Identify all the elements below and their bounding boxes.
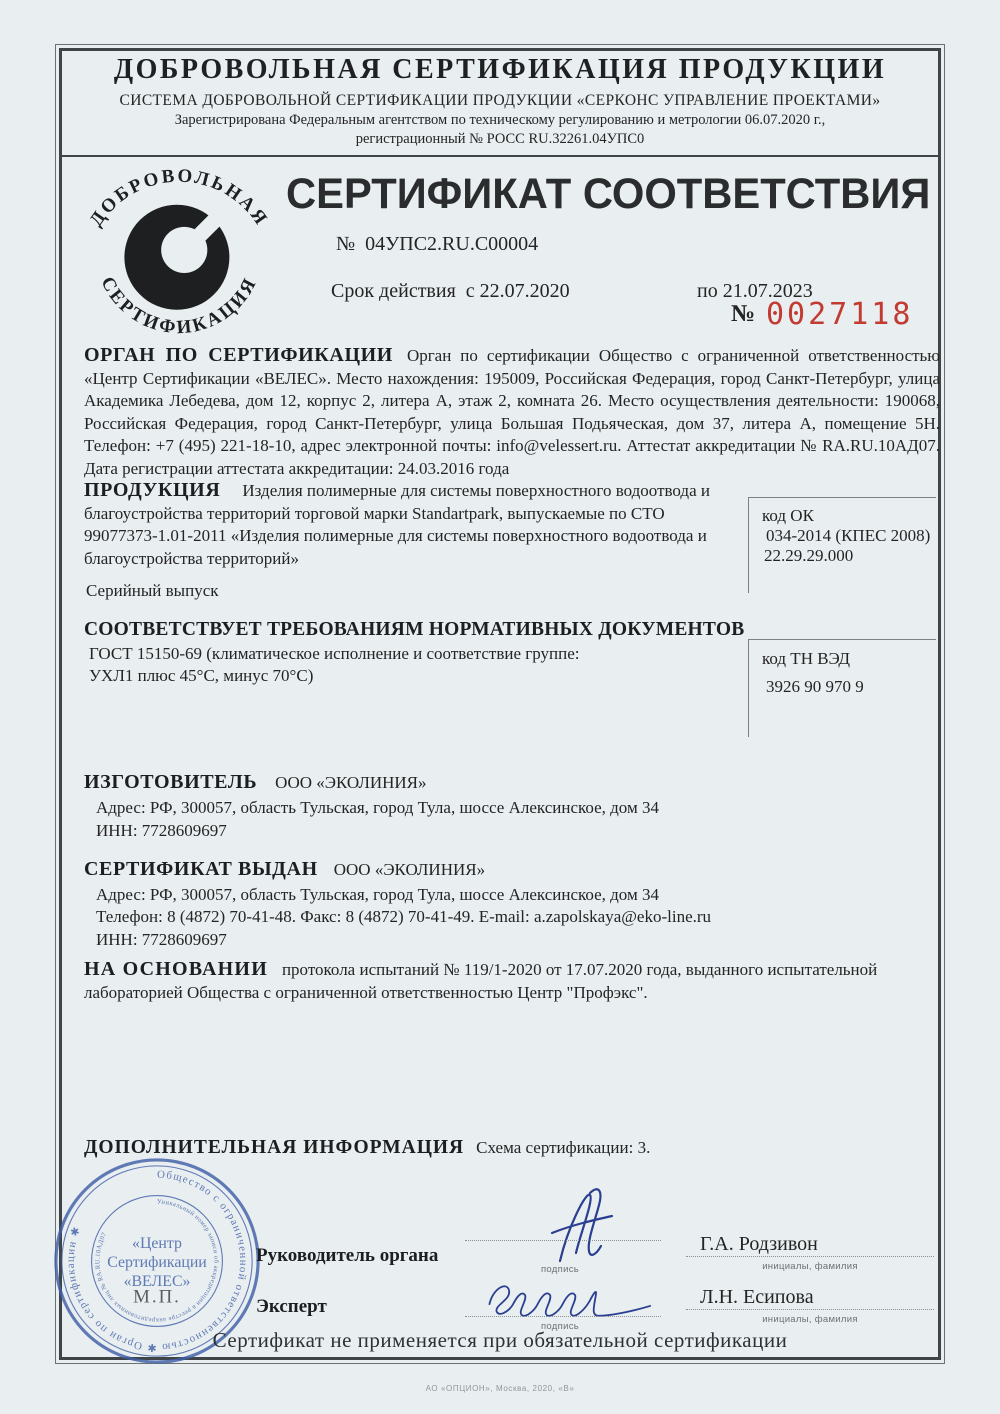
section-issued-to: СЕРТИФИКАТ ВЫДАНООО «ЭКОЛИНИЯ»: [84, 858, 485, 882]
expert-name-line: [686, 1309, 934, 1310]
certificate-number-value: 04УПС2.RU.C00004: [365, 233, 538, 255]
voluntary-certification-logo-icon: ДОБРОВОЛЬНАЯ СЕРТИФИКАЦИЯ: [74, 146, 284, 356]
form-number-label: №: [731, 301, 755, 328]
section-certification-body: ОРГАН ПО СЕРТИФИКАЦИИОрган по сертификац…: [84, 344, 940, 480]
form-number-value: 0027118: [766, 297, 913, 332]
head-signature-ink: [530, 1183, 665, 1268]
code-ok-line2: 22.29.29.000: [764, 545, 853, 566]
stamp-center-line1: «Центр: [132, 1235, 182, 1252]
conformity-heading: СООТВЕТСТВУЕТ ТРЕБОВАНИЯМ НОРМАТИВНЫХ ДО…: [84, 619, 744, 641]
section-basis: НА ОСНОВАНИИпротокола испытаний № 119/1-…: [84, 958, 896, 1004]
validity-from: Срок действия с 22.07.2020: [331, 280, 570, 303]
section-manufacturer: ИЗГОТОВИТЕЛЬООО «ЭКОЛИНИЯ»: [84, 771, 427, 795]
issued-inn: ИНН: 7728609697: [96, 929, 227, 952]
certificate-number-label: №: [336, 233, 355, 255]
manufacturer-name: ООО «ЭКОЛИНИЯ»: [275, 773, 426, 792]
code-tnved-box-top-line: [748, 639, 936, 640]
certification-body-heading: ОРГАН ПО СЕРТИФИКАЦИИ: [84, 344, 393, 366]
expert-signature-line: [465, 1316, 661, 1317]
code-ok-line1: 034-2014 (КПЕС 2008): [766, 525, 930, 546]
certificate-number: № 04УПС2.RU.C00004: [336, 233, 538, 256]
issued-heading: СЕРТИФИКАТ ВЫДАН: [84, 858, 318, 880]
additional-text: Схема сертификации: 3.: [476, 1138, 650, 1157]
conformity-line2: УХЛ1 плюс 45°С, минус 70°С): [89, 665, 313, 688]
code-ok-box-top-line: [748, 497, 936, 498]
stamp-center-line2: Сертификации: [107, 1254, 207, 1271]
certificate-title: СЕРТИФИКАТ СООТВЕТСТВИЯ: [286, 170, 930, 219]
code-ok-label: код ОК: [762, 505, 814, 526]
manufacturer-inn: ИНН: 7728609697: [96, 820, 227, 843]
header-title: ДОБРОВОЛЬНАЯ СЕРТИФИКАЦИЯ ПРОДУКЦИИ: [0, 54, 1000, 86]
logo-ring-icon: [124, 197, 237, 310]
head-signature-line: [465, 1240, 661, 1241]
validity-from-date: с 22.07.2020: [466, 280, 570, 302]
production-heading: ПРОДУКЦИЯ: [84, 479, 220, 501]
manufacturer-heading: ИЗГОТОВИТЕЛЬ: [84, 771, 257, 793]
basis-heading: НА ОСНОВАНИИ: [84, 958, 268, 980]
header-registered: Зарегистрирована Федеральным агентством …: [0, 112, 1000, 129]
expert-role-label: Эксперт: [256, 1296, 327, 1318]
expert-name-caption: инициалы, фамилия: [740, 1314, 880, 1325]
issued-phone: Телефон: 8 (4872) 70-41-48. Факс: 8 (487…: [96, 906, 711, 929]
certificate-page: ДОБРОВОЛЬНАЯ СЕРТИФИКАЦИЯ ПРОДУКЦИИ СИСТ…: [0, 0, 1000, 1414]
code-tnved-label: код ТН ВЭД: [762, 648, 850, 669]
production-serial: Серийный выпуск: [86, 580, 219, 603]
code-tnved-box-left-line: [748, 639, 749, 737]
head-name: Г.А. Родзивон: [700, 1233, 818, 1256]
expert-name: Л.Н. Есипова: [700, 1286, 814, 1309]
print-info: АО «ОПЦИОН», Москва, 2020, «В»: [0, 1384, 1000, 1393]
head-name-caption: инициалы, фамилия: [740, 1261, 880, 1272]
expert-signature-ink: [468, 1272, 668, 1322]
header-system: СИСТЕМА ДОБРОВОЛЬНОЙ СЕРТИФИКАЦИИ ПРОДУК…: [0, 92, 1000, 110]
code-tnved-value: 3926 90 970 9: [766, 676, 864, 697]
head-name-line: [686, 1256, 934, 1257]
issued-name: ООО «ЭКОЛИНИЯ»: [334, 860, 485, 879]
code-ok-box-left-line: [748, 497, 749, 593]
conformity-line1: ГОСТ 15150-69 (климатическое исполнение …: [89, 643, 579, 666]
validity-label: Срок действия: [331, 280, 456, 302]
head-role-label: Руководитель органа: [256, 1245, 438, 1267]
stamp-mp-mark: М.П.: [133, 1287, 181, 1308]
issued-address: Адрес: РФ, 300057, область Тульская, гор…: [96, 884, 659, 907]
footer-note: Сертификат не применяется при обязательн…: [0, 1328, 1000, 1353]
manufacturer-address: Адрес: РФ, 300057, область Тульская, гор…: [96, 797, 659, 820]
section-production: ПРОДУКЦИЯИзделия полимерные для системы …: [84, 479, 736, 570]
